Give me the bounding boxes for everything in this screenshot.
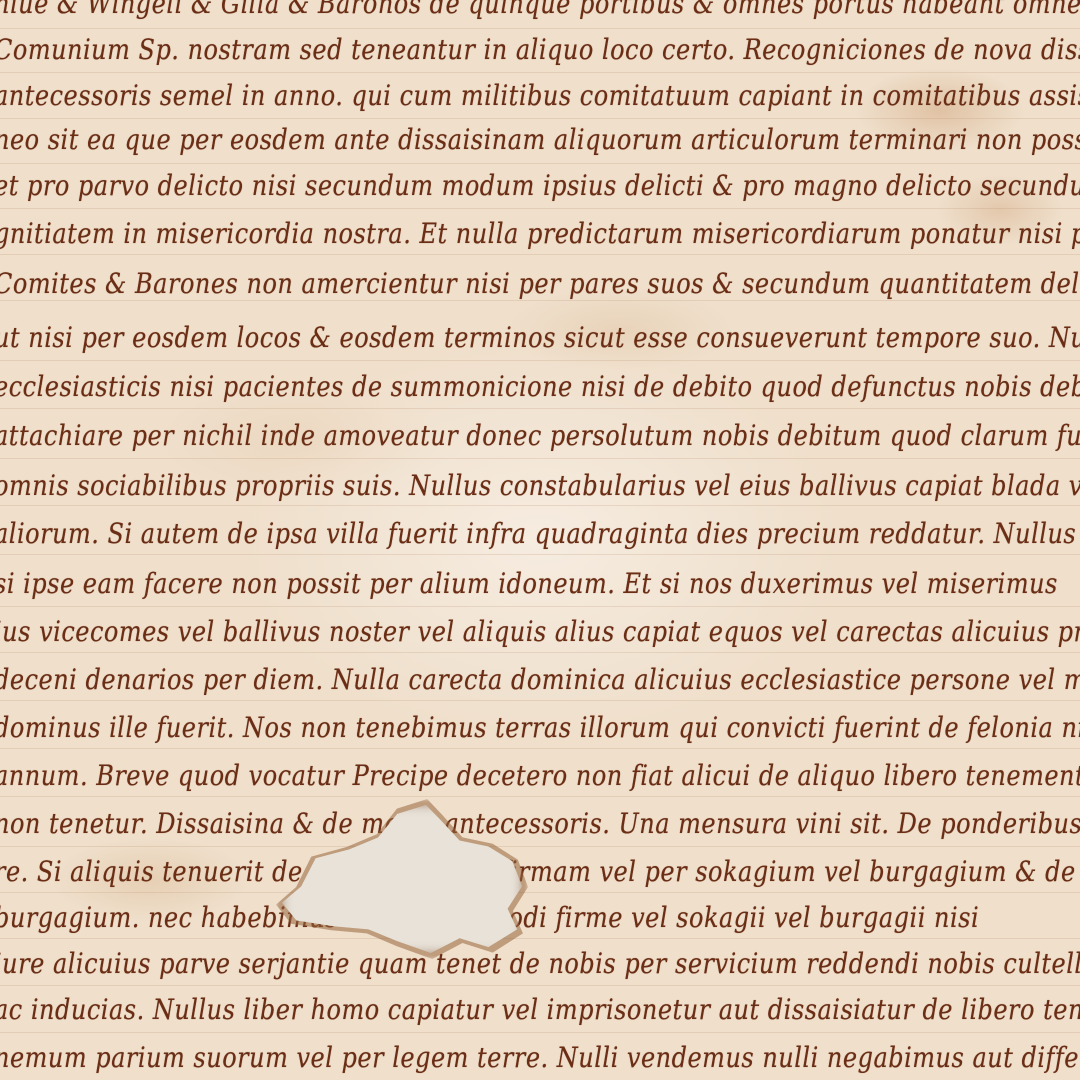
ruling-line [0, 118, 1080, 119]
ruling-line [0, 458, 1080, 459]
ruling-line [0, 985, 1080, 986]
ruling-line [0, 208, 1080, 209]
ruling-line [0, 408, 1080, 409]
text-line: Comites & Barones non amercientur nisi p… [0, 268, 1080, 300]
ruling-line [0, 748, 1080, 749]
manuscript-page: niue & Wingeli & Gilla & Baronos de quin… [0, 0, 1080, 1080]
ruling-line [0, 300, 1080, 301]
ruling-line [0, 163, 1080, 164]
text-line: nemum parium suorum vel per legem terre.… [0, 1042, 1080, 1074]
ruling-line [0, 796, 1080, 797]
ruling-line [0, 360, 1080, 361]
text-line: Comunium Sp. nostram sed teneantur in al… [0, 34, 1080, 66]
ruling-line [0, 892, 1080, 893]
ruling-line [0, 1032, 1080, 1033]
ruling-line [0, 505, 1080, 506]
ruling-line [0, 652, 1080, 653]
text-line: burgagium. nec habebimus custodiam feodi… [0, 902, 1080, 934]
ruling-line [0, 938, 1080, 939]
ruling-line [0, 72, 1080, 73]
ruling-line [0, 700, 1080, 701]
text-line: ut nisi per eosdem locos & eosdem termin… [0, 322, 1080, 354]
text-line: et pro parvo delicto nisi secundum modum… [0, 170, 1080, 202]
ruling-line [0, 554, 1080, 555]
text-line: si ipse eam facere non possit per alium … [0, 568, 1080, 600]
text-line: ac inducias. Nullus liber homo capiatur … [0, 994, 1080, 1026]
text-line: deceni denarios per diem. Nulla carecta … [0, 664, 1080, 696]
ruling-line [0, 846, 1080, 847]
text-line: annum. Breve quod vocatur Precipe decete… [0, 760, 1080, 792]
text-line: omnis sociabilibus propriis suis. Nullus… [0, 470, 1080, 502]
ruling-line [0, 606, 1080, 607]
ruling-line [0, 28, 1080, 29]
text-line: iure alicuius parve serjantie quam tenet… [0, 948, 1080, 980]
text-line: dominus ille fuerit. Nos non tenebimus t… [0, 712, 1080, 744]
text-line: non tenetur. Dissaisina & de morte antec… [0, 808, 1080, 840]
text-line: antecessoris semel in anno. qui cum mili… [0, 80, 1080, 112]
text-line: gnitiatem in misericordia nostra. Et nul… [0, 218, 1080, 250]
text-line: neo sit ea que per eosdem ante dissaisin… [0, 124, 1080, 156]
text-line: ecclesiasticis nisi pacientes de summoni… [0, 371, 1080, 403]
ruling-line [0, 254, 1080, 255]
text-line: aliorum. Si autem de ipsa villa fuerit i… [0, 518, 1080, 550]
text-line: niue & Wingeli & Gilla & Baronos de quin… [0, 0, 1080, 20]
text-line: re. Si aliquis tenuerit de nobis per feo… [0, 856, 1080, 888]
text-line: ius vicecomes vel ballivus noster vel al… [0, 616, 1080, 648]
text-line: attachiare per nichil inde amoveatur don… [0, 420, 1080, 452]
